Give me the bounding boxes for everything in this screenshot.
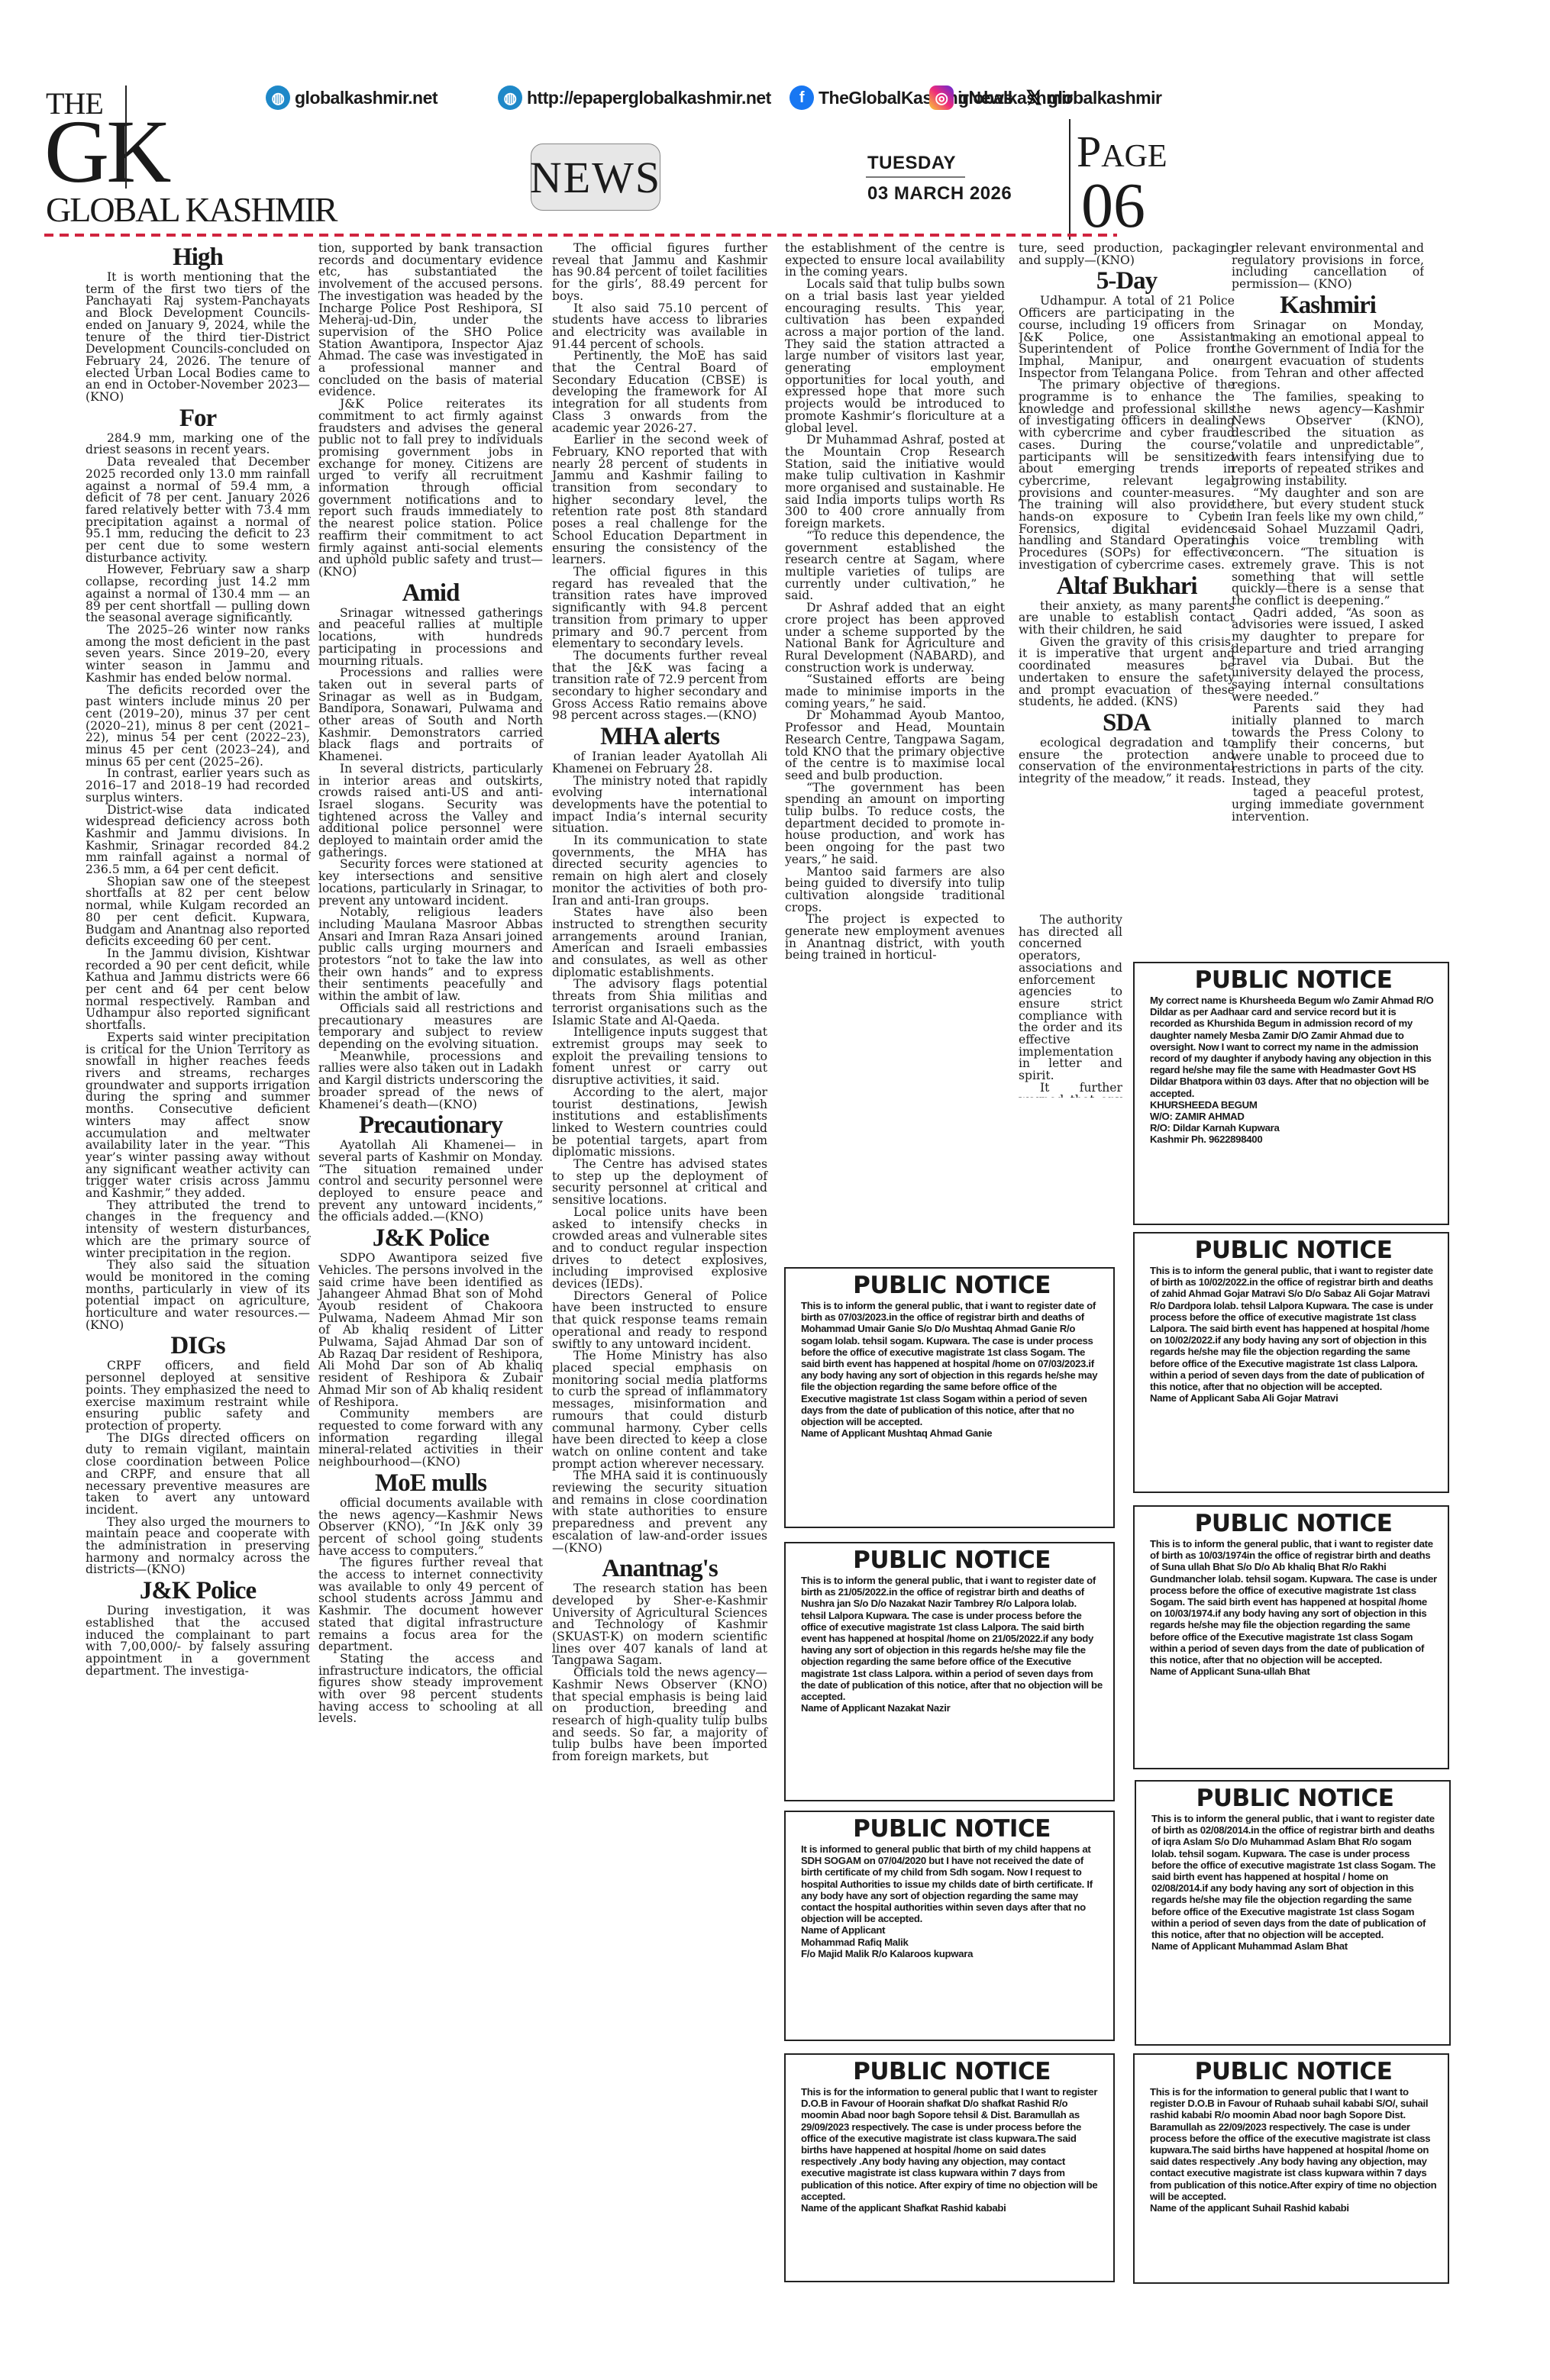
issue-day: TUESDAY	[867, 153, 956, 174]
article-paragraph: During investigation, it was established…	[86, 1605, 310, 1677]
article-paragraph: 284.9 mm, marking one of the driest seas…	[86, 433, 310, 456]
notice-signature: F/o Majid Malik R/o Kalaroos kupwara	[801, 1948, 1103, 1959]
notice-title: PUBLIC NOTICE	[1151, 1786, 1439, 1811]
article-amid: Amid Srinagar witnessed gatherings and p…	[318, 580, 543, 1111]
notice-title: PUBLIC NOTICE	[801, 2059, 1103, 2085]
date-divider	[866, 176, 965, 178]
notice-signature: Name of Applicant Saba Ali Gojar Matravi	[1150, 1392, 1437, 1404]
column-6: der relevant environmental and regulator…	[1232, 243, 1424, 930]
article-paragraph: It also said 75.10 percent of students h…	[552, 303, 767, 351]
notice-signature: Name of Applicant Nazakat Nazir	[801, 1702, 1103, 1714]
notice-title: PUBLIC NOTICE	[801, 1548, 1103, 1573]
article-precautionary: Precautionary Ayatollah Ali Khamenei— in…	[318, 1112, 543, 1224]
column-5-narrow: The authority has directed all concerned…	[1019, 914, 1122, 1098]
article-heading: High	[86, 244, 310, 270]
public-notice-suhail-kababi: PUBLIC NOTICE This is for the informatio…	[1133, 2053, 1449, 2284]
article-paragraph: It further warned that any violation wil…	[1019, 1082, 1122, 1098]
notice-signature: KHURSHEEDA BEGUM	[1150, 1099, 1437, 1111]
article-paragraph: tion, supported by bank transaction reco…	[318, 243, 543, 398]
article-paragraph: In contrast, earlier years such as 2016–…	[86, 768, 310, 804]
public-notice-suna-ullah: PUBLIC NOTICE This is to inform the gene…	[1133, 1505, 1449, 1769]
article-paragraph: The 2025–26 winter now ranks among the m…	[86, 624, 310, 685]
article-paragraph: official documents available with the ne…	[318, 1498, 543, 1558]
notice-signature: Name of the applicant Shafkat Rashid kab…	[801, 2202, 1103, 2214]
article-paragraph: Qadri added, “As soon as advisories were…	[1232, 608, 1424, 704]
notice-signature: Mohammad Rafiq Malik	[801, 1937, 1103, 1948]
article-high: High It is worth mentioning that the ter…	[86, 244, 310, 404]
issue-date: 03 MARCH 2026	[867, 183, 1012, 205]
article-paragraph: The primary objective of the programme i…	[1019, 379, 1235, 571]
article-paragraph: Processions and rallies were taken out i…	[318, 667, 543, 763]
article-heading: Precautionary	[318, 1112, 543, 1138]
notice-title: PUBLIC NOTICE	[1150, 1511, 1437, 1537]
article-paragraph: Local police units have been asked to in…	[552, 1207, 767, 1291]
column-4: the establishment of the centre is expec…	[785, 243, 1005, 1258]
article-paragraph: They attributed the trend to changes in …	[86, 1200, 310, 1260]
article-paragraph: Security forces were stationed at key in…	[318, 859, 543, 907]
article-paragraph: Notably, religious leaders including Mau…	[318, 907, 543, 1003]
article-heading: Amid	[318, 580, 543, 606]
logo-divider	[125, 85, 127, 189]
public-notice-rafiq-malik: PUBLIC NOTICE It is informed to general …	[784, 1811, 1115, 2041]
article-paragraph: Directors General of Police have been in…	[552, 1291, 767, 1351]
article-paragraph: Pertinently, the MoE has said that the C…	[552, 350, 767, 434]
article-paragraph: States have also been instructed to stre…	[552, 907, 767, 979]
article-paragraph: The DIGs directed officers on duty to re…	[86, 1433, 310, 1517]
article-paragraph: In its communication to state government…	[552, 835, 767, 907]
notice-body: This is to inform the general public, th…	[1151, 1813, 1439, 1940]
column-5: ture, seed production, packaging and sup…	[1019, 243, 1235, 907]
notice-signature: Name of Applicant Suna-ullah Bhat	[1150, 1666, 1437, 1677]
link-epaper[interactable]: ◍ http://epaperglobalkashmir.net	[498, 85, 771, 110]
article-heading: DIGs	[86, 1333, 310, 1359]
article-paragraph: “My daughter and son are there, but ever…	[1232, 488, 1424, 608]
article-altaf-bukhari: Altaf Bukhari their anxiety, as many par…	[1019, 573, 1235, 708]
section-badge: NEWS	[531, 144, 660, 211]
article-paragraph: The Home Ministry has also placed specia…	[552, 1350, 767, 1470]
website-label: globalkashmir.net	[295, 88, 438, 108]
article-paragraph: Udhampur. A total of 21 Police Officers …	[1019, 295, 1235, 379]
notice-body: This is to inform the general public, th…	[1150, 1538, 1437, 1666]
article-paragraph: Data revealed that December 2025 recorde…	[86, 456, 310, 564]
article-paragraph: The advisory flags potential threats fro…	[552, 979, 767, 1027]
article-paragraph: The Centre has advised states to step up…	[552, 1159, 767, 1207]
article-paragraph: The official figures in this regard has …	[552, 566, 767, 650]
article-paragraph: In several districts, particularly in in…	[318, 763, 543, 859]
article-paragraph: Stating the access and infrastructure in…	[318, 1653, 543, 1725]
article-paragraph: Dr Ashraf added that an eight crore proj…	[785, 602, 1005, 674]
article-paragraph: the establishment of the centre is expec…	[785, 243, 1005, 279]
article-paragraph: Intelligence inputs suggest that extremi…	[552, 1027, 767, 1087]
article-paragraph: Locals said that tulip bulbs sown on a t…	[785, 279, 1005, 434]
article-paragraph: District-wise data indicated widespread …	[86, 805, 310, 876]
notice-body: It is informed to general public that bi…	[801, 1843, 1103, 1924]
notice-signature: Kashmir Ph. 9622898400	[1150, 1134, 1437, 1145]
article-heading: Altaf Bukhari	[1019, 573, 1235, 599]
notice-body: This is to inform the general public, th…	[801, 1300, 1103, 1427]
column-2: tion, supported by bank transaction reco…	[318, 243, 543, 1725]
article-paragraph: The documents further reveal that the J&…	[552, 650, 767, 722]
epaper-label: http://epaperglobalkashmir.net	[527, 88, 771, 108]
article-paragraph: ture, seed production, packaging and sup…	[1019, 243, 1235, 266]
article-paragraph: “The government has been spending an amo…	[785, 782, 1005, 866]
article-sda: SDA ecological degradation and to ensure…	[1019, 710, 1235, 785]
article-paragraph: Officials said all restrictions and prec…	[318, 1003, 543, 1051]
article-paragraph: Ayatollah Ali Khamenei— in several parts…	[318, 1140, 543, 1224]
notice-body: This is for the information to general p…	[801, 2086, 1103, 2202]
page-label: PAGE	[1077, 130, 1167, 174]
article-paragraph: However, February saw a sharp collapse, …	[86, 564, 310, 624]
article-paragraph: According to the alert, major tourist de…	[552, 1087, 767, 1159]
notice-signature: Name of Applicant Mushtaq Ahmad Ganie	[801, 1427, 1103, 1439]
article-paragraph: They also urged the mourners to maintain…	[86, 1517, 310, 1577]
article-heading: For	[86, 405, 310, 431]
article-paragraph: Shopian saw one of the steepest shortfal…	[86, 876, 310, 948]
link-x[interactable]: 𝕏 globalkashmir	[1025, 85, 1161, 110]
masthead: THE GK GLOBAL KASHMIR ◍ globalkashmir.ne…	[0, 0, 1550, 237]
article-paragraph: Officials told the news agency—Kashmir N…	[552, 1667, 767, 1763]
article-paragraph: “Sustained efforts are being made to min…	[785, 674, 1005, 710]
link-website[interactable]: ◍ globalkashmir.net	[266, 85, 438, 110]
article-paragraph: The deficits recorded over the past wint…	[86, 685, 310, 769]
article-paragraph: Srinagar on Monday, making an emotional …	[1232, 320, 1424, 392]
article-heading: J&K Police	[86, 1578, 310, 1604]
article-jk-police-vehicles: J&K Police SDPO Awantipora seized five V…	[318, 1225, 543, 1469]
x-label: globalkashmir	[1048, 88, 1161, 108]
article-paragraph: The figures further reveal that the acce…	[318, 1557, 543, 1653]
notice-title: PUBLIC NOTICE	[1150, 2059, 1437, 2085]
article-paragraph: der relevant environmental and regulator…	[1232, 243, 1424, 291]
article-heading: 5-Day	[1019, 268, 1235, 294]
instagram-icon: ◎	[929, 85, 954, 110]
article-paragraph: their anxiety, as many parents are unabl…	[1019, 601, 1235, 637]
facebook-icon: f	[790, 85, 814, 110]
notice-signature: Name of the applicant Suhail Rashid kaba…	[1150, 2202, 1437, 2214]
globe-icon: ◍	[266, 85, 290, 110]
column-3: The official figures further reveal that…	[552, 243, 767, 1763]
article-paragraph: J&K Police reiterates its commitment to …	[318, 398, 543, 579]
article-jk-police-fraud: J&K Police During investigation, it was …	[86, 1578, 310, 1677]
article-paragraph: Parents said they had initially planned …	[1232, 703, 1424, 787]
public-notice-nazakat-nazir: PUBLIC NOTICE This is to inform the gene…	[784, 1542, 1115, 1801]
notice-signature: R/O: Dildar Karnah Kupwara	[1150, 1122, 1437, 1134]
article-5-day: 5-Day Udhampur. A total of 21 Police Off…	[1019, 268, 1235, 571]
article-paragraph: Given the gravity of this crisis, it is …	[1019, 637, 1235, 708]
article-paragraph: Dr Muhammad Ashraf, posted at the Mounta…	[785, 434, 1005, 531]
notice-body: This is to inform the general public, th…	[1150, 1265, 1437, 1392]
article-heading: Kashmiri	[1232, 292, 1424, 318]
article-paragraph: Experts said winter precipitation is cri…	[86, 1032, 310, 1200]
x-twitter-icon: 𝕏	[1025, 85, 1043, 110]
article-paragraph: In the Jammu division, Kishtwar recorded…	[86, 948, 310, 1032]
notice-signature: Name of Applicant Muhammad Aslam Bhat	[1151, 1940, 1439, 1952]
article-paragraph: “To reduce this dependence, the governme…	[785, 531, 1005, 602]
article-paragraph: Srinagar witnessed gatherings and peacef…	[318, 608, 543, 668]
globe-icon: ◍	[498, 85, 522, 110]
article-anantnag: Anantnag's The research station has been…	[552, 1556, 767, 1763]
article-paragraph: The families, speaking to the news agenc…	[1232, 392, 1424, 488]
article-paragraph: The MHA said it is continuously reviewin…	[552, 1470, 767, 1554]
article-heading: J&K Police	[318, 1225, 543, 1251]
article-digs: DIGs CRPF officers, and field personnel …	[86, 1333, 310, 1576]
article-paragraph: They also said the situation would be mo…	[86, 1259, 310, 1331]
public-notice-saba-ali: PUBLIC NOTICE This is to inform the gene…	[1133, 1232, 1449, 1493]
page-divider	[1069, 119, 1070, 240]
public-notice-shafkat-kababi: PUBLIC NOTICE This is for the informatio…	[784, 2053, 1115, 2282]
article-paragraph: taged a peaceful protest, urging immedia…	[1232, 787, 1424, 823]
article-moe-mulls: MoE mulls official documents available w…	[318, 1470, 543, 1725]
article-paragraph: The official figures further reveal that…	[552, 243, 767, 303]
public-notice-mushtaq-ganie: PUBLIC NOTICE This is to inform the gene…	[784, 1267, 1115, 1528]
logo-gk: GK	[44, 107, 168, 197]
notice-body: This is to inform the general public, th…	[801, 1575, 1103, 1702]
article-paragraph: of Iranian leader Ayatollah Ali Khamenei…	[552, 751, 767, 775]
column-1: High It is worth mentioning that the ter…	[86, 243, 310, 1677]
notice-body: This is for the information to general p…	[1150, 2086, 1437, 2202]
notice-title: PUBLIC NOTICE	[801, 1817, 1103, 1842]
article-paragraph: The project is expected to generate new …	[785, 914, 1005, 962]
article-mha-alerts: MHA alerts of Iranian leader Ayatollah A…	[552, 724, 767, 1554]
article-paragraph: Mantoo said farmers are also being guide…	[785, 866, 1005, 914]
notice-signature: W/O: ZAMIR AHMAD	[1150, 1111, 1437, 1122]
article-heading: SDA	[1019, 710, 1235, 736]
article-heading: MHA alerts	[552, 724, 767, 750]
article-paragraph: Meanwhile, processions and rallies were …	[318, 1051, 543, 1111]
page-number: 06	[1081, 174, 1145, 238]
masthead-rule	[44, 234, 1117, 237]
logo-global-kashmir: GLOBAL KASHMIR	[46, 192, 336, 227]
article-paragraph: The research station has been developed …	[552, 1583, 767, 1667]
notice-title: PUBLIC NOTICE	[801, 1273, 1103, 1298]
notice-body: My correct name is Khursheeda Begum w/o …	[1150, 995, 1437, 1099]
article-paragraph: The authority has directed all concerned…	[1019, 914, 1122, 1082]
public-notice-name-correction: PUBLIC NOTICE My correct name is Khurshe…	[1133, 962, 1449, 1225]
article-paragraph: ecological degradation and to ensure the…	[1019, 737, 1235, 785]
article-paragraph: It is worth mentioning that the term of …	[86, 272, 310, 404]
article-paragraph: The ministry noted that rapidly evolving…	[552, 776, 767, 836]
public-notice-aslam-bhat: PUBLIC NOTICE This is to inform the gene…	[1135, 1780, 1451, 2046]
article-heading: Anantnag's	[552, 1556, 767, 1582]
article-paragraph: SDPO Awantipora seized five Vehicles. Th…	[318, 1253, 543, 1408]
article-kashmiri: Kashmiri Srinagar on Monday, making an e…	[1232, 292, 1424, 824]
article-paragraph: Earlier in the second week of February, …	[552, 434, 767, 566]
article-paragraph: CRPF officers, and field personnel deplo…	[86, 1360, 310, 1432]
notice-title: PUBLIC NOTICE	[1150, 968, 1437, 993]
article-paragraph: Dr Mohammad Ayoub Mantoo, Professor and …	[785, 710, 1005, 782]
notice-signature: Name of Applicant	[801, 1924, 1103, 1936]
article-for: For 284.9 mm, marking one of the driest …	[86, 405, 310, 1332]
notice-title: PUBLIC NOTICE	[1150, 1238, 1437, 1263]
article-paragraph: Community members are requested to come …	[318, 1408, 543, 1469]
article-heading: MoE mulls	[318, 1470, 543, 1496]
